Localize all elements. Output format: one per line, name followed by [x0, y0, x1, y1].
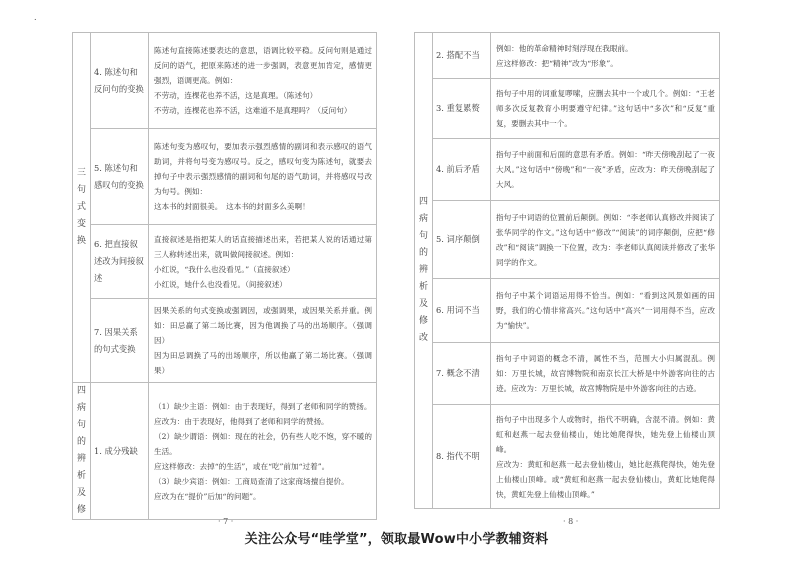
table-row: 8. 指代不明 指句子中出现多个人或物时，指代不明确，含混不清。例如：黄虹和赵燕…: [415, 405, 720, 509]
row-content: 陈述句直接陈述要表达的意思，语调比较平稳。反问句则是通过反问的语气，把原来陈述的…: [149, 33, 377, 129]
row-content: （1）缺少主语：例如：由于表现好，得到了老师和同学的赞扬。 应改为：由于表现好，…: [149, 383, 377, 520]
table-row: 四 病 句 的 辨 析 及 修 改 2. 搭配不当 例如：他的革命精神时刻浮现在…: [415, 33, 720, 79]
footer-promo-text: 关注公众号“哇学堂”，领取最Wow中小学教辅资料: [0, 528, 793, 547]
row-title: 5. 词序颠倒: [433, 201, 491, 279]
page-number-right: · 8 ·: [563, 517, 578, 526]
row-title: 7. 因果关系的句式变换: [91, 299, 149, 383]
row-content: 例如：他的革命精神时刻浮现在我眼前。 应这样修改：把“精神”改为“形象”。: [491, 33, 720, 79]
row-title: 7. 概念不清: [433, 343, 491, 405]
row-title: 8. 指代不明: [433, 405, 491, 509]
table-row: 7. 概念不清 指句子中词语的概念不清，属性不当，范围大小归属混乱。例如：万里长…: [415, 343, 720, 405]
right-page-table: 四 病 句 的 辨 析 及 修 改 2. 搭配不当 例如：他的革命精神时刻浮现在…: [414, 32, 720, 509]
table-row: 三 句 式 变 换 4. 陈述句和反问句的变换 陈述句直接陈述要表达的意思，语调…: [73, 33, 377, 129]
table-row: 7. 因果关系的句式变换 因果关系的句式变换或强调因，或强调果，或因果关系并重。…: [73, 299, 377, 383]
table-row: 6. 把直接叙述改为间接叙述 直接叙述是指把某人的话直接描述出来，若把某人说的话…: [73, 225, 377, 299]
row-title: 3. 重复累赘: [433, 79, 491, 139]
row-content: 指句子中出现多个人或物时，指代不明确，含混不清。例如：黄虹和赵燕一起去登仙楼山，…: [491, 405, 720, 509]
table-row: 3. 重复累赘 指句子中用的词重复啰嗦，应删去其中一个或几个。例如：“王老师多次…: [415, 79, 720, 139]
category-cell-faulty-sentence: 四 病 句 的 辨 析 及 修: [73, 383, 91, 520]
category-cell-faulty-sentence: 四 病 句 的 辨 析 及 修 改: [415, 33, 433, 509]
row-title: 5. 陈述句和感叹句的变换: [91, 129, 149, 225]
row-content: 指句子中某个词语运用得不恰当。例如：“看到这风景如画的田野，我们的心情非常高兴。…: [491, 279, 720, 343]
corner-mark: .: [34, 13, 37, 22]
row-title: 2. 搭配不当: [433, 33, 491, 79]
table-row: 4. 前后矛盾 指句子中前面和后面的意思有矛盾。例如：“昨天傍晚刮起了一夜大风。…: [415, 139, 720, 201]
table-row: 四 病 句 的 辨 析 及 修 1. 成分残缺 （1）缺少主语：例如：由于表现好…: [73, 383, 377, 520]
left-page-table: 三 句 式 变 换 4. 陈述句和反问句的变换 陈述句直接陈述要表达的意思，语调…: [72, 32, 377, 520]
category-cell-sentence-transform: 三 句 式 变 换: [73, 33, 91, 383]
row-title: 6. 用词不当: [433, 279, 491, 343]
row-content: 因果关系的句式变换或强调因，或强调果，或因果关系并重。例如：田忌赢了第二场比赛，…: [149, 299, 377, 383]
table-row: 5. 词序颠倒 指句子中词语的位置前后颠倒。例如：“李老师认真修改并阅读了张华同…: [415, 201, 720, 279]
row-title: 6. 把直接叙述改为间接叙述: [91, 225, 149, 299]
row-content: 指句子中前面和后面的意思有矛盾。例如：“昨天傍晚刮起了一夜大风。”这句话中“傍晚…: [491, 139, 720, 201]
row-content: 指句子中词语的概念不清，属性不当，范围大小归属混乱。例如：万里长城，故宫博物院和…: [491, 343, 720, 405]
row-title: 4. 陈述句和反问句的变换: [91, 33, 149, 129]
row-content: 陈述句变为感叹句，要加表示强烈感情的副词和表示感叹的语气助词，并将句号变为感叹号…: [149, 129, 377, 225]
row-content: 直接叙述是指把某人的话直接描述出来，若把某人说的话通过第三人称转述出来，就叫做间…: [149, 225, 377, 299]
table-row: 5. 陈述句和感叹句的变换 陈述句变为感叹句，要加表示强烈感情的副词和表示感叹的…: [73, 129, 377, 225]
page-number-left: · 7 ·: [218, 517, 233, 526]
row-title: 1. 成分残缺: [91, 383, 149, 520]
row-content: 指句子中用的词重复啰嗦，应删去其中一个或几个。例如：“王老师多次反复教育小明要遵…: [491, 79, 720, 139]
table-row: 6. 用词不当 指句子中某个词语运用得不恰当。例如：“看到这风景如画的田野，我们…: [415, 279, 720, 343]
row-content: 指句子中词语的位置前后颠倒。例如：“李老师认真修改并阅读了张华同学的作文。”这句…: [491, 201, 720, 279]
row-title: 4. 前后矛盾: [433, 139, 491, 201]
